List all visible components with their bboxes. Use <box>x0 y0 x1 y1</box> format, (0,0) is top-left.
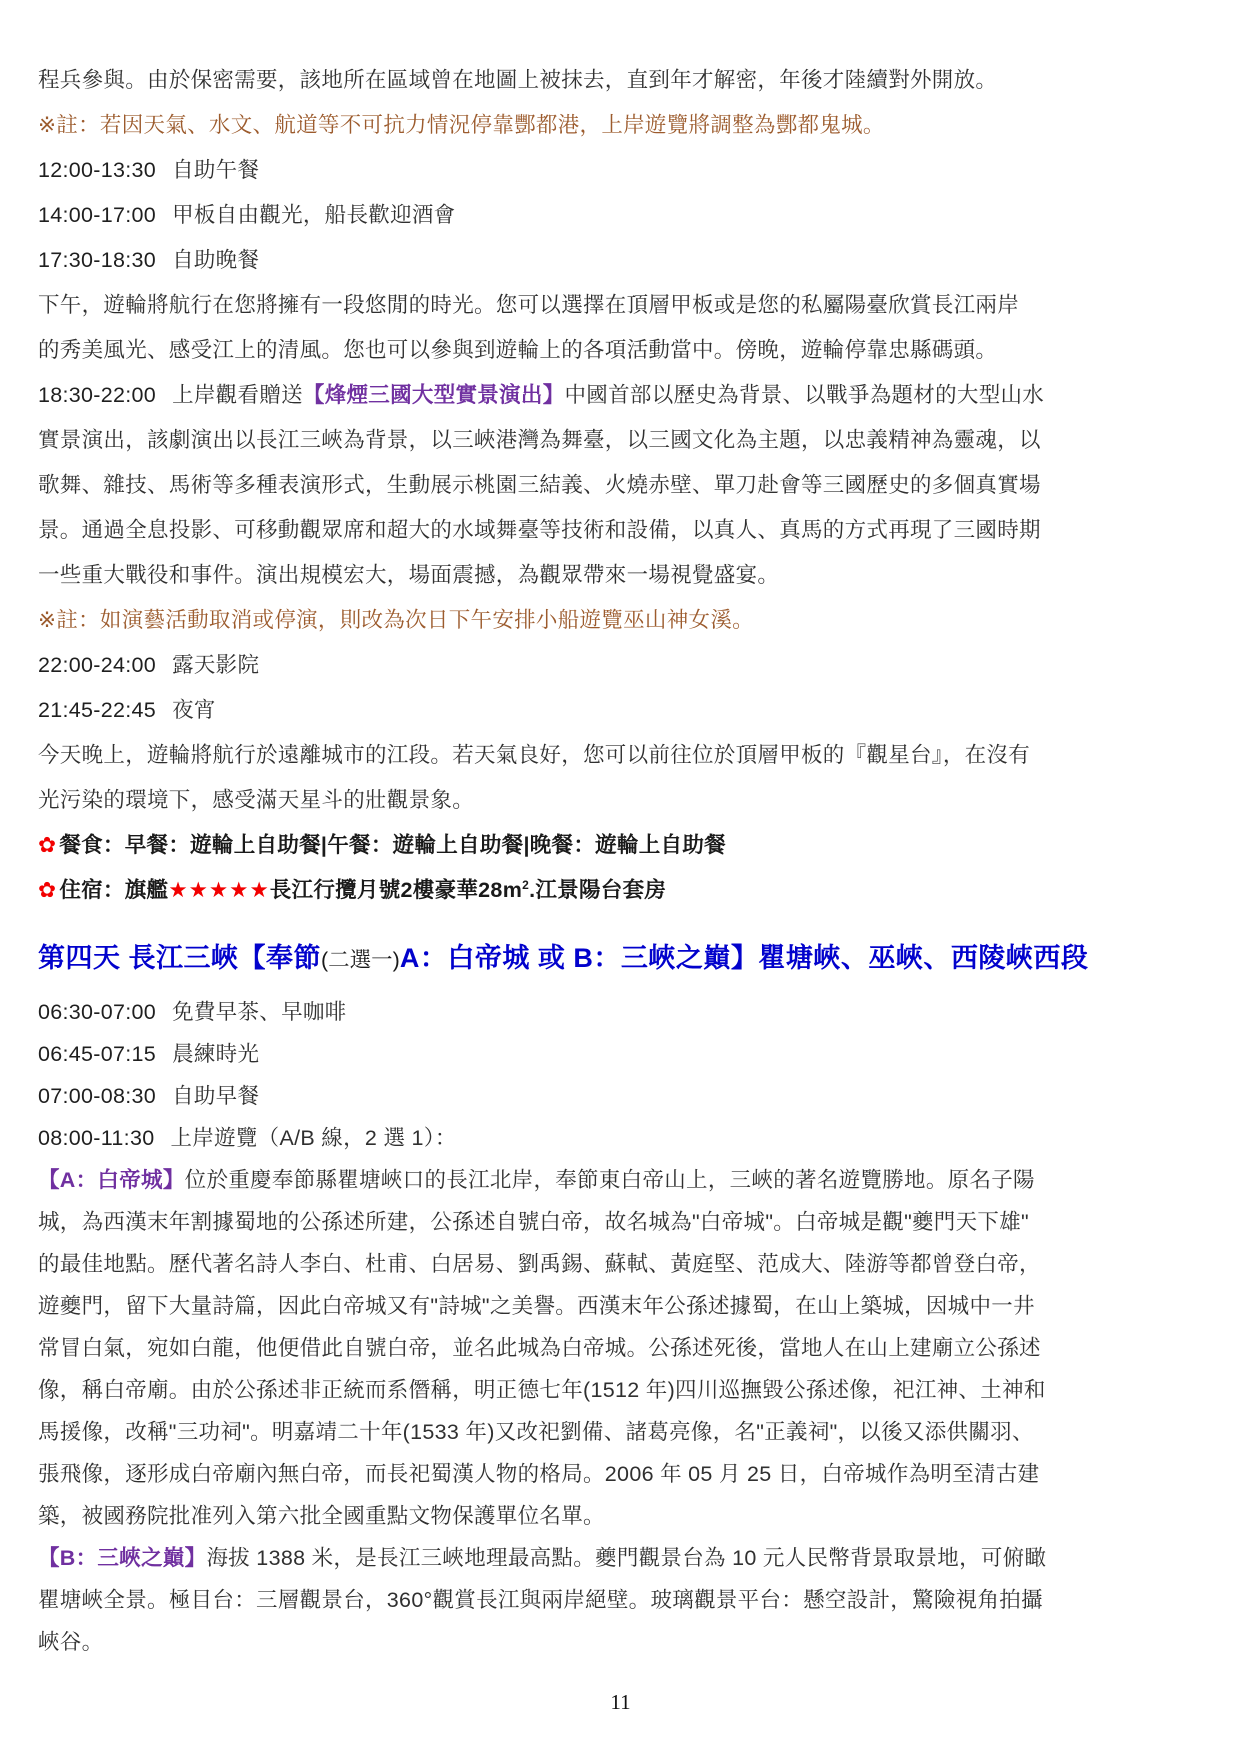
schedule-item: 22:00-24:00露天影院 <box>38 643 1207 688</box>
text-segment: 18:30-22:00 <box>38 373 156 418</box>
text-segment: 【B：三峽之巔】 <box>38 1546 206 1570</box>
paragraph-line: 歌舞、雜技、馬術等多種表演形式，生動展示桃園三結義、火燒赤壁、單刀赴會等三國歷史… <box>38 463 1207 508</box>
paragraph-line: 一些重大戰役和事件。演出規模宏大，場面震撼，為觀眾帶來一場視覺盛宴。 <box>38 553 1207 598</box>
text-segment: 【A：白帝城】 <box>38 1168 185 1192</box>
text-segment: 瞿塘峽全景。極目台：三層觀景台，360°觀賞長江與兩岸絕壁。玻璃觀景平台：懸空設… <box>38 1588 1043 1612</box>
text-segment: 12:00-13:30 <box>38 148 156 193</box>
paragraph-line: 馬援像，改稱"三功祠"。明嘉靖二十年(1533 年)又改祀劉備、諸葛亮像，名"正… <box>38 1411 1207 1453</box>
five-star-rating: ★★★★★ <box>168 878 269 902</box>
text-segment: 歌舞、雜技、馬術等多種表演形式，生動展示桃園三結義、火燒赤壁、單刀赴會等三國歷史… <box>38 473 1041 497</box>
paragraph-line: 築，被國務院批准列入第六批全國重點文物保護單位名單。 <box>38 1495 1207 1537</box>
document-section-1: 程兵參與。由於保密需要，該地所在區域曾在地圖上被抹去，直到年才解密，年後才陸續對… <box>38 58 1207 913</box>
paragraph-line: 光污染的環境下，感受滿天星斗的壯觀景象。 <box>38 778 1207 823</box>
paragraph-line: 像，稱白帝廟。由於公孫述非正統而系僭稱，明正德七年(1512 年)四川巡撫毀公孫… <box>38 1369 1207 1411</box>
paragraph-line: 遊夔門，留下大量詩篇，因此白帝城又有"詩城"之美譽。西漢末年公孫述據蜀，在山上築… <box>38 1285 1207 1327</box>
text-segment: 22:00-24:00 <box>38 643 156 688</box>
text-segment: 光污染的環境下，感受滿天星斗的壯觀景象。 <box>38 788 474 812</box>
text-segment: 上岸觀看贈送 <box>172 383 303 407</box>
text-segment: 自助早餐 <box>172 1084 259 1108</box>
text-segment: 馬援像，改稱"三功祠"。明嘉靖二十年(1533 年)又改祀劉備、諸葛亮像，名"正… <box>38 1420 1034 1444</box>
text-segment: 【烽煙三國大型實景演出】 <box>303 383 565 407</box>
text-segment: A：白帝城 或 B：三峽之巔】瞿塘峽、巫峽、西陵峽西段 <box>400 943 1089 973</box>
schedule-item: 06:30-07:00免費早茶、早咖啡 <box>38 991 1207 1033</box>
text-segment: ※註：若因天氣、水文、航道等不可抗力情況停靠酆都港，上岸遊覽將調整為酆都鬼城。 <box>38 113 885 137</box>
text-segment: 張飛像，逐形成白帝廟內無白帝，而長祀蜀漢人物的格局。2006 年 05 月 25… <box>38 1462 1039 1486</box>
text-segment: 露天影院 <box>172 653 259 677</box>
paragraph-line: 景。通過全息投影、可移動觀眾席和超大的水域舞臺等技術和設備，以真人、真馬的方式再… <box>38 508 1207 553</box>
meals-line: ✿餐食：早餐：遊輪上自助餐|午餐：遊輪上自助餐|晚餐：遊輪上自助餐 <box>38 823 1207 868</box>
paragraph-line: 的最佳地點。歷代著名詩人李白、杜甫、白居易、劉禹錫、蘇軾、黃庭堅、范成大、陸游等… <box>38 1243 1207 1285</box>
paragraph-line: 【A：白帝城】位於重慶奉節縣瞿塘峽口的長江北岸，奉節東白帝山上，三峽的著名遊覽勝… <box>38 1159 1207 1201</box>
text-segment: 長江行攬月號2樓豪華28m <box>270 878 522 902</box>
schedule-item: 08:00-11:30上岸遊覽（A/B 線，2 選 1）： <box>38 1117 1207 1159</box>
paragraph-line: 程兵參與。由於保密需要，該地所在區域曾在地圖上被抹去，直到年才解密，年後才陸續對… <box>38 58 1207 103</box>
text-segment: 14:00-17:00 <box>38 193 156 238</box>
schedule-item: 21:45-22:45夜宵 <box>38 688 1207 733</box>
text-segment: 景。通過全息投影、可移動觀眾席和超大的水域舞臺等技術和設備，以真人、真馬的方式再… <box>38 518 1041 542</box>
text-segment: 06:30-07:00 <box>38 991 156 1033</box>
text-segment: 06:45-07:15 <box>38 1033 156 1075</box>
paragraph-line: 實景演出，該劇演出以長江三峽為背景，以三峽港灣為舞臺，以三國文化為主題，以忠義精… <box>38 418 1207 463</box>
note-line: ※註：若因天氣、水文、航道等不可抗力情況停靠酆都港，上岸遊覽將調整為酆都鬼城。 <box>38 103 1207 148</box>
text-segment: 程兵參與。由於保密需要，該地所在區域曾在地圖上被抹去，直到年才解密，年後才陸續對… <box>38 68 997 92</box>
text-segment: 自助晚餐 <box>172 248 259 272</box>
schedule-item: 17:30-18:30自助晚餐 <box>38 238 1207 283</box>
paragraph-line: 張飛像，逐形成白帝廟內無白帝，而長祀蜀漢人物的格局。2006 年 05 月 25… <box>38 1453 1207 1495</box>
paragraph-line: 的秀美風光、感受江上的清風。您也可以參與到遊輪上的各項活動當中。傍晚，遊輪停靠忠… <box>38 328 1207 373</box>
text-segment: (二選一) <box>321 948 400 972</box>
schedule-item: 07:00-08:30自助早餐 <box>38 1075 1207 1117</box>
text-segment: 遊夔門，留下大量詩篇，因此白帝城又有"詩城"之美譽。西漢末年公孫述據蜀，在山上築… <box>38 1294 1035 1318</box>
text-segment: 夜宵 <box>172 698 216 722</box>
paragraph-line: 瞿塘峽全景。極目台：三層觀景台，360°觀賞長江與兩岸絕壁。玻璃觀景平台：懸空設… <box>38 1579 1207 1621</box>
schedule-item: 14:00-17:00甲板自由觀光，船長歡迎酒會 <box>38 193 1207 238</box>
text-segment: 住宿：旗艦 <box>59 878 168 902</box>
text-segment: 下午，遊輪將航行在您將擁有一段悠閒的時光。您可以選擇在頂層甲板或是您的私屬陽臺欣… <box>38 293 1019 317</box>
paragraph-line: 城，為西漢末年割據蜀地的公孫述所建，公孫述自號白帝，故名城為"白帝城"。白帝城是… <box>38 1201 1207 1243</box>
text-segment: 自助午餐 <box>172 158 259 182</box>
day-4-heading: 第四天 長江三峽【奉節(二選一)A：白帝城 或 B：三峽之巔】瞿塘峽、巫峽、西陵… <box>38 933 1207 985</box>
text-segment: 位於重慶奉節縣瞿塘峽口的長江北岸，奉節東白帝山上，三峽的著名遊覽勝地。原名子陽 <box>185 1168 1035 1192</box>
text-segment: .江景陽台套房 <box>529 878 666 902</box>
text-segment: 17:30-18:30 <box>38 238 156 283</box>
text-segment: ※註：如演藝活動取消或停演，則改為次日下午安排小船遊覽巫山神女溪。 <box>38 608 754 632</box>
text-segment: 的最佳地點。歷代著名詩人李白、杜甫、白居易、劉禹錫、蘇軾、黃庭堅、范成大、陸游等… <box>38 1252 1041 1276</box>
text-segment: 上岸遊覽（A/B 線，2 選 1）： <box>170 1126 456 1150</box>
document-page: 程兵參與。由於保密需要，該地所在區域曾在地圖上被抹去，直到年才解密，年後才陸續對… <box>0 0 1241 1755</box>
text-segment: 常冒白氣，宛如白龍，他便借此自號白帝，並名此城為白帝城。公孫述死後，當地人在山上… <box>38 1336 1041 1360</box>
text-segment: 峽谷。 <box>38 1630 103 1654</box>
lodging-line: ✿住宿：旗艦★★★★★長江行攬月號2樓豪華28m2.江景陽台套房 <box>38 868 1207 913</box>
schedule-item: 12:00-13:30自助午餐 <box>38 148 1207 193</box>
flower-icon: ✿ <box>38 833 56 857</box>
paragraph-line: 下午，遊輪將航行在您將擁有一段悠閒的時光。您可以選擇在頂層甲板或是您的私屬陽臺欣… <box>38 283 1207 328</box>
text-segment: 07:00-08:30 <box>38 1075 156 1117</box>
document-section-2: 06:30-07:00免費早茶、早咖啡06:45-07:15晨練時光07:00-… <box>38 991 1207 1663</box>
text-segment: 的秀美風光、感受江上的清風。您也可以參與到遊輪上的各項活動當中。傍晚，遊輪停靠忠… <box>38 338 997 362</box>
text-segment: 城，為西漢末年割據蜀地的公孫述所建，公孫述自號白帝，故名城為"白帝城"。白帝城是… <box>38 1210 1029 1234</box>
note-line: ※註：如演藝活動取消或停演，則改為次日下午安排小船遊覽巫山神女溪。 <box>38 598 1207 643</box>
page-number: 11 <box>0 1690 1241 1715</box>
text-segment: 晨練時光 <box>172 1042 259 1066</box>
text-segment: 實景演出，該劇演出以長江三峽為背景，以三峽港灣為舞臺，以三國文化為主題，以忠義精… <box>38 428 1041 452</box>
paragraph-line: 常冒白氣，宛如白龍，他便借此自號白帝，並名此城為白帝城。公孫述死後，當地人在山上… <box>38 1327 1207 1369</box>
schedule-item: 18:30-22:00上岸觀看贈送【烽煙三國大型實景演出】中國首部以歷史為背景、… <box>38 373 1207 418</box>
text-segment: 免費早茶、早咖啡 <box>172 1000 346 1024</box>
text-segment: 築，被國務院批准列入第六批全國重點文物保護單位名單。 <box>38 1504 605 1528</box>
text-segment: 中國首部以歷史為背景、以戰爭為題材的大型山水 <box>565 383 1045 407</box>
schedule-item: 06:45-07:15晨練時光 <box>38 1033 1207 1075</box>
text-segment: 第四天 長江三峽【奉節 <box>38 943 321 973</box>
text-segment: 今天晚上，遊輪將航行於遠離城市的江段。若天氣良好，您可以前往位於頂層甲板的『觀星… <box>38 743 1030 767</box>
text-segment: 像，稱白帝廟。由於公孫述非正統而系僭稱，明正德七年(1512 年)四川巡撫毀公孫… <box>38 1378 1046 1402</box>
text-segment: 甲板自由觀光，船長歡迎酒會 <box>172 203 455 227</box>
paragraph-line: 【B：三峽之巔】海拔 1388 米，是長江三峽地理最高點。夔門觀景台為 10 元… <box>38 1537 1207 1579</box>
text-segment: 21:45-22:45 <box>38 688 156 733</box>
text-segment: 一些重大戰役和事件。演出規模宏大，場面震撼，為觀眾帶來一場視覺盛宴。 <box>38 563 779 587</box>
text-segment: 海拔 1388 米，是長江三峽地理最高點。夔門觀景台為 10 元人民幣背景取景地… <box>206 1546 1046 1570</box>
paragraph-line: 今天晚上，遊輪將航行於遠離城市的江段。若天氣良好，您可以前往位於頂層甲板的『觀星… <box>38 733 1207 778</box>
paragraph-line: 峽谷。 <box>38 1621 1207 1663</box>
text-segment: 08:00-11:30 <box>38 1117 154 1159</box>
flower-icon: ✿ <box>38 878 56 902</box>
text-segment: 餐食：早餐：遊輪上自助餐|午餐：遊輪上自助餐|晚餐：遊輪上自助餐 <box>59 833 726 857</box>
